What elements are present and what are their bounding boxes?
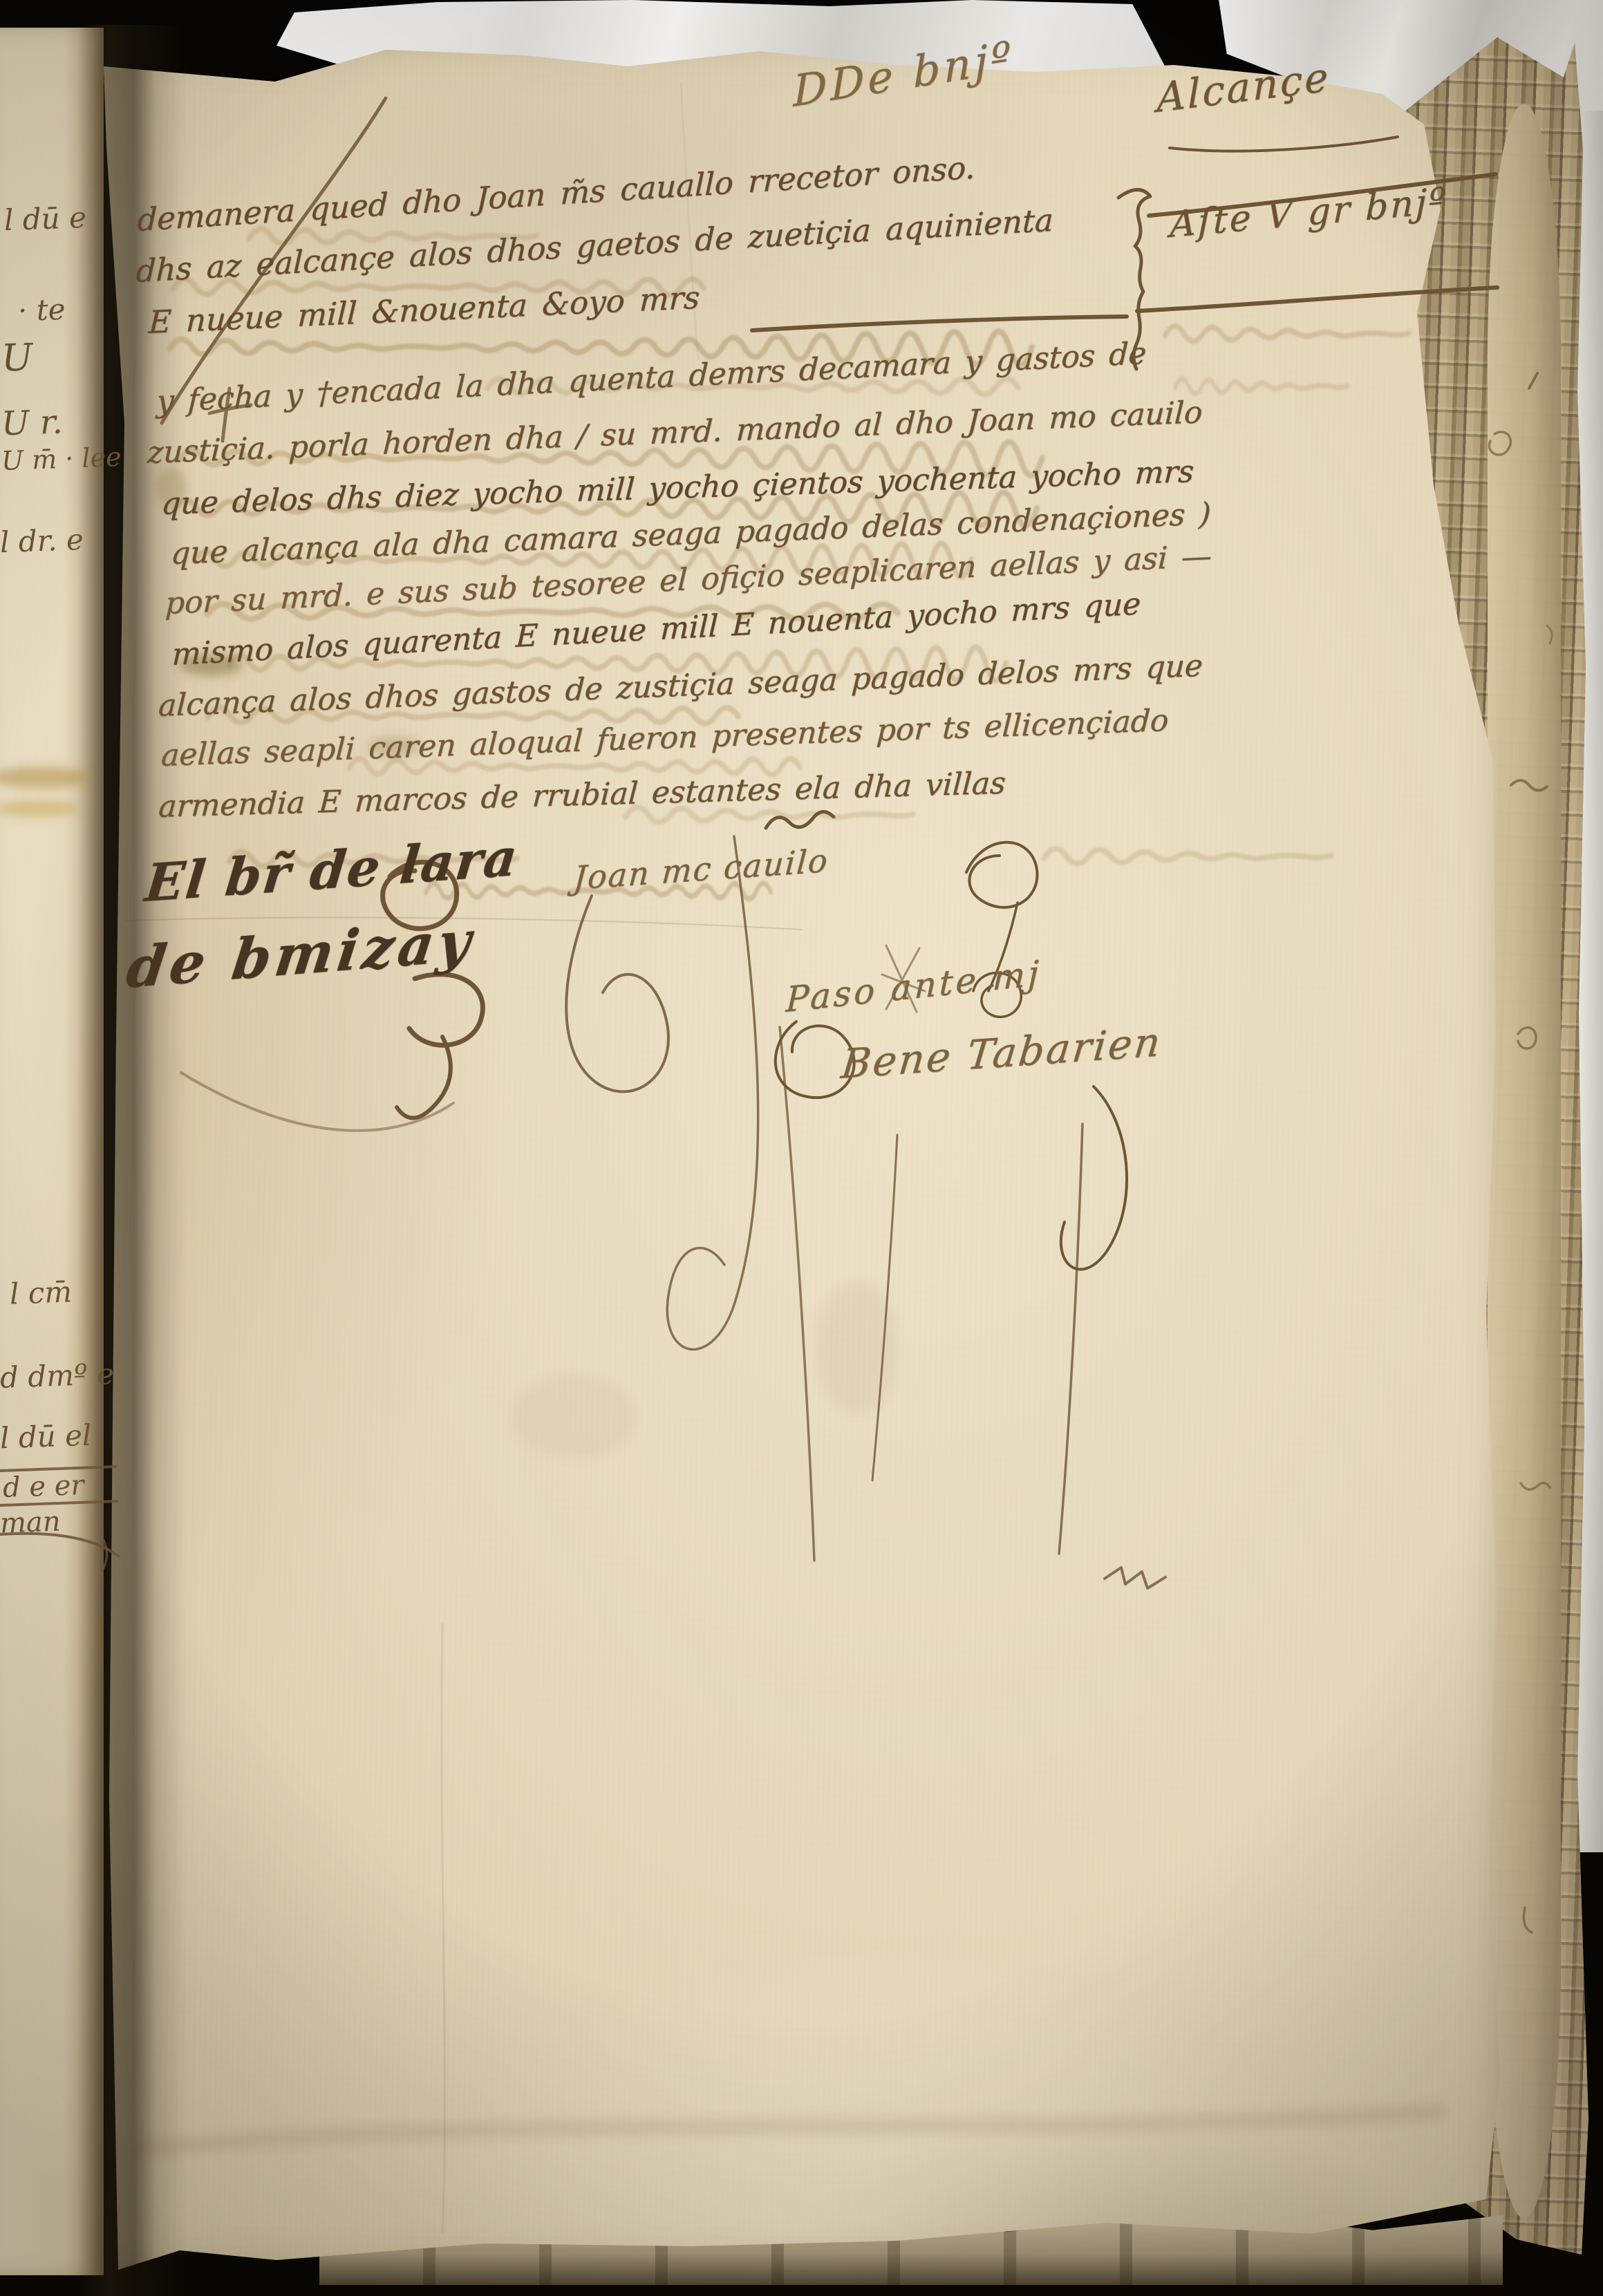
photo-vignette (0, 0, 1603, 2296)
manuscript-photo: DDe bnjº Alcançe Aſte V gr bnjº demanera… (0, 0, 1603, 2296)
